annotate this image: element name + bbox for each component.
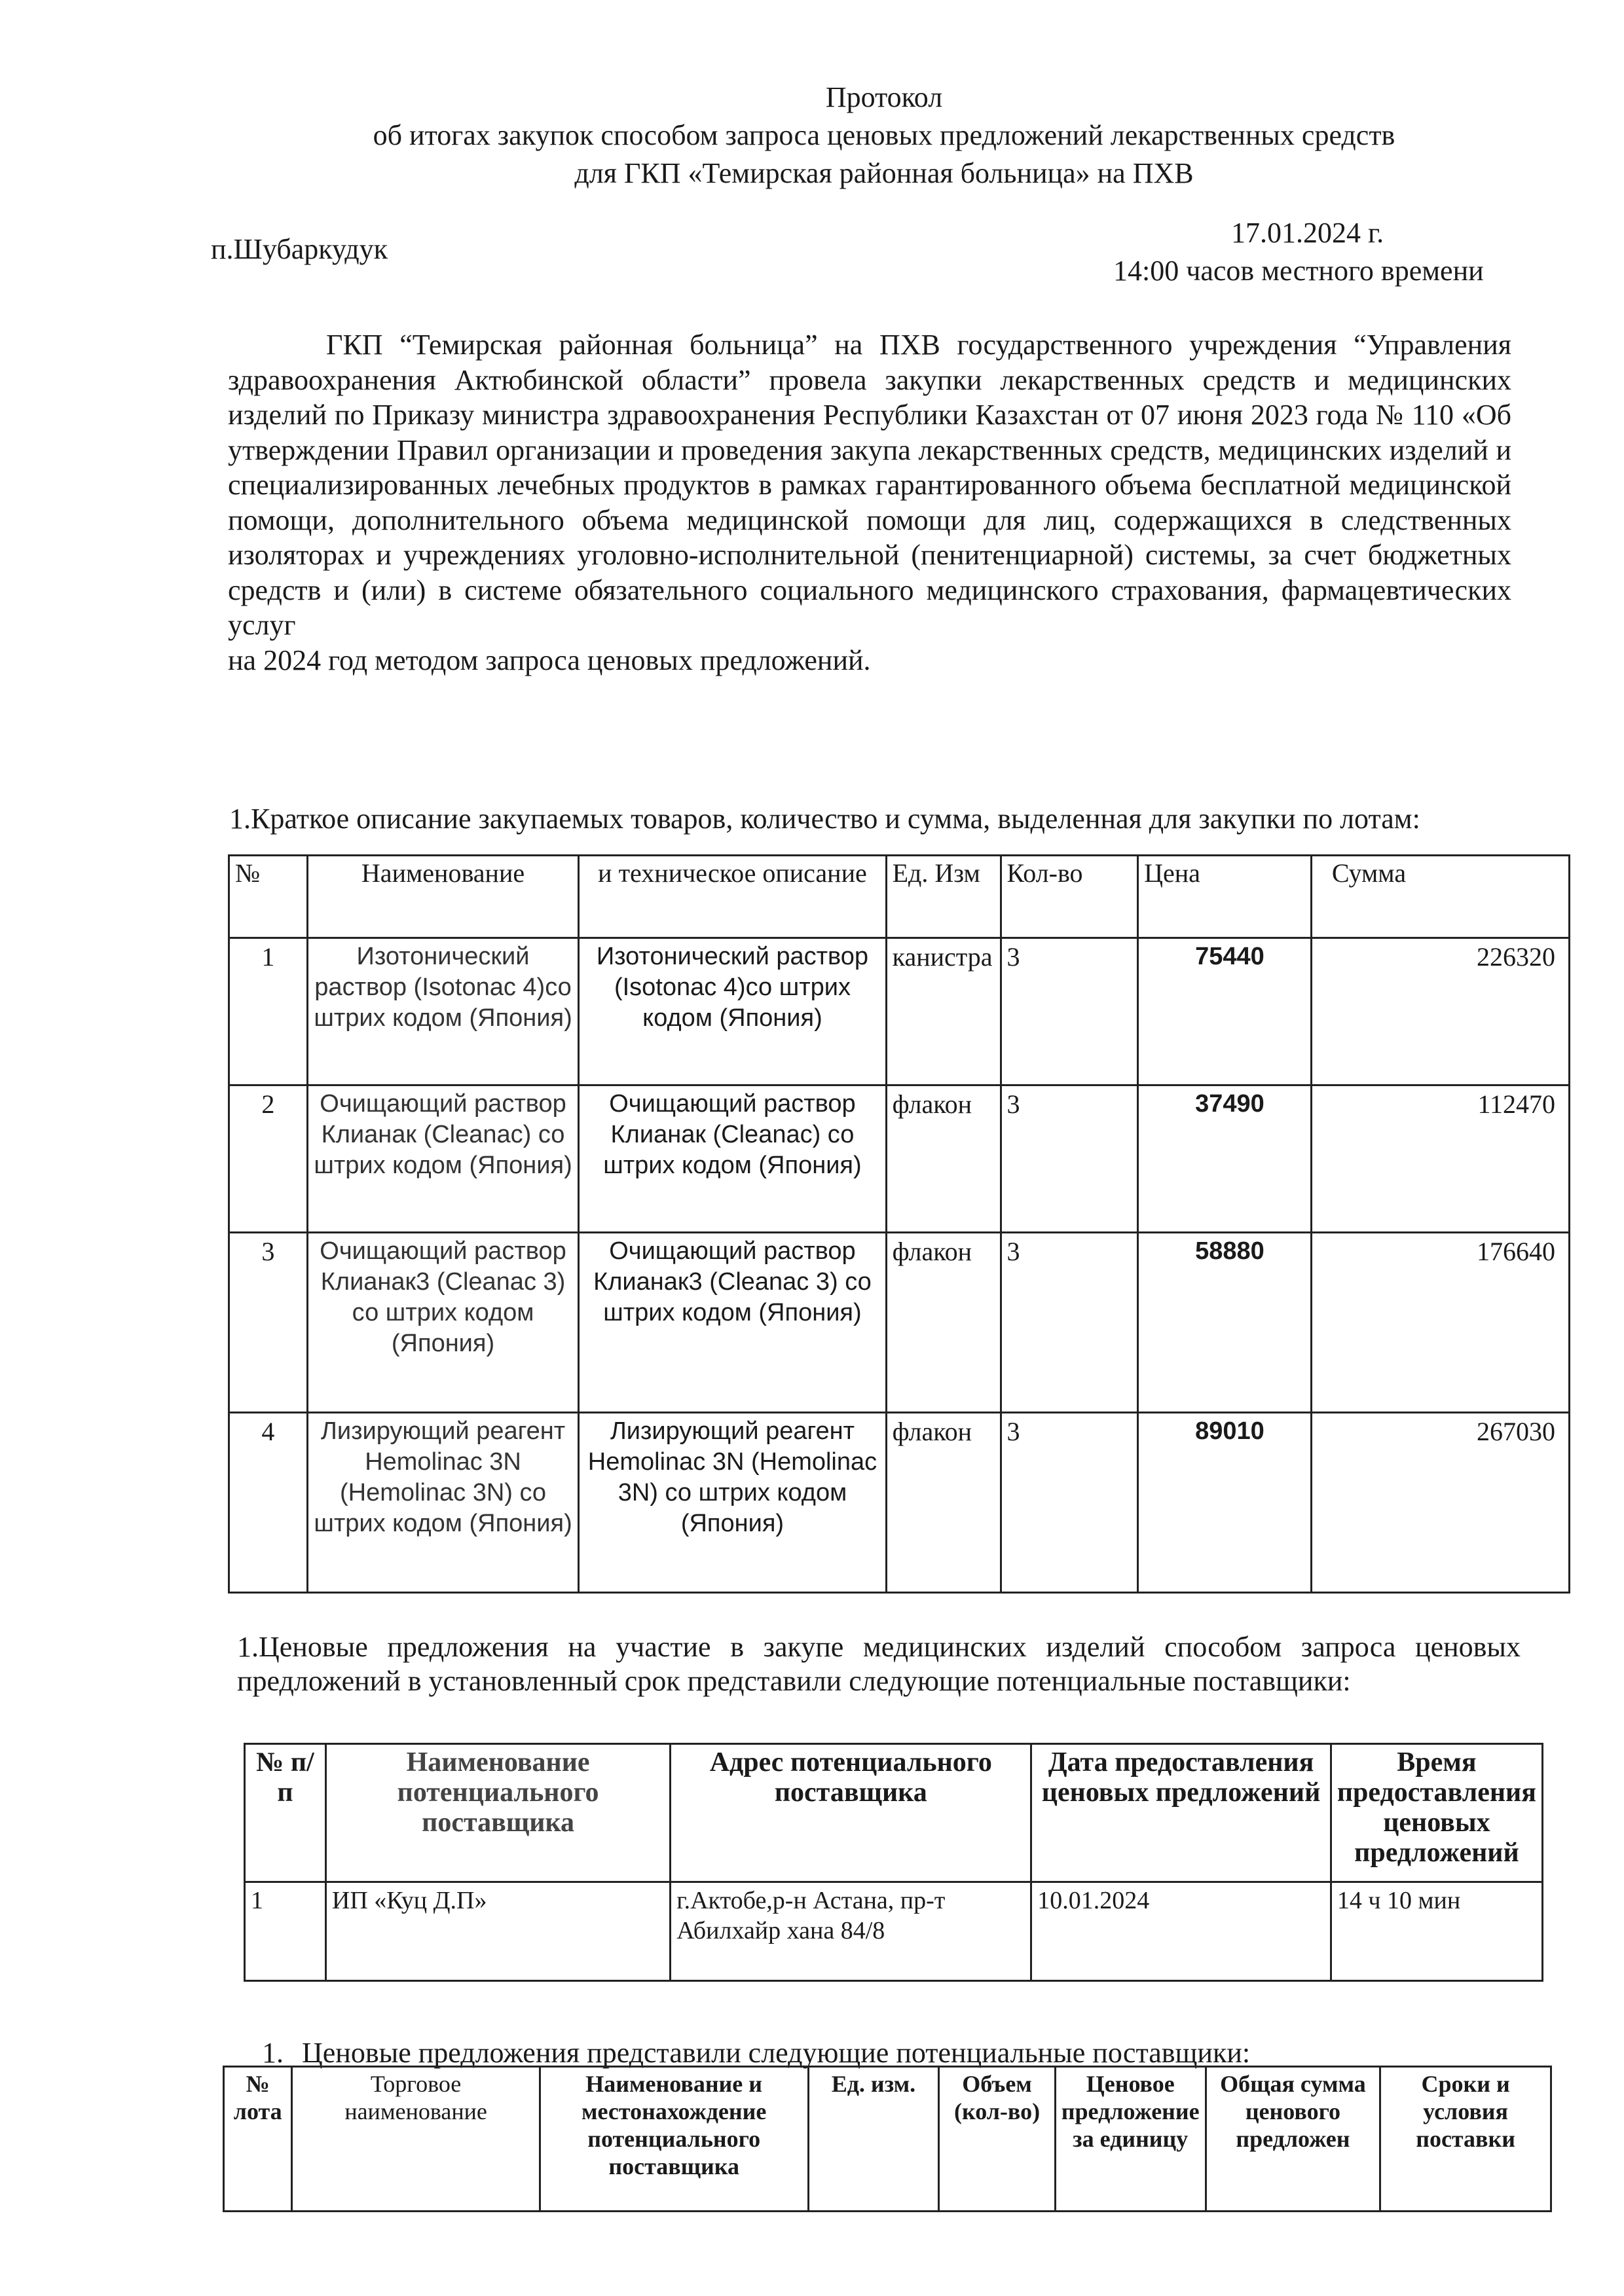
lots-table-header: № Наименование и техническое описание Ед… <box>229 856 1570 938</box>
cell-no: 1 <box>245 1882 326 1981</box>
document-subtitle-line1: об итогах закупок способом запроса ценов… <box>196 117 1572 155</box>
cell-no: 2 <box>229 1085 308 1233</box>
price-offers-table-header: № лота Торговое наименование Наименовани… <box>224 2067 1551 2212</box>
cell-sum: 226320 <box>1311 938 1569 1085</box>
table-row: 2 Очищающий раствор Клианак (Cleanac) со… <box>229 1085 1570 1233</box>
time-label: 14:00 часов местного времени <box>1113 254 1484 287</box>
document-header: Протокол об итогах закупок способом запр… <box>196 79 1572 192</box>
table-row: 4 Лизирующий реагент Hemolinac 3N (Hemol… <box>229 1413 1570 1593</box>
section3-heading: 1. Ценовые предложения представили следу… <box>262 2036 1250 2069</box>
lots-table: № Наименование и техническое описание Ед… <box>228 854 1570 1594</box>
col-volume: Объем (кол-во) <box>939 2067 1056 2212</box>
place-label: п.Шубаркудук <box>211 232 388 266</box>
cell-unit: канистра <box>886 938 1001 1085</box>
col-sum: Сумма <box>1311 856 1569 938</box>
col-submission-time: Время предоставления ценовых предложений <box>1331 1744 1542 1882</box>
cell-price: 58880 <box>1138 1233 1312 1413</box>
col-trade-name: Торговое наименование <box>292 2067 540 2212</box>
col-supplier-address: Адрес потенциального поставщика <box>671 1744 1031 1882</box>
col-no: № п/п <box>245 1744 326 1882</box>
col-supplier-name: Наименование потенциального поставщика <box>325 1744 670 1882</box>
cell-unit: флакон <box>886 1085 1001 1233</box>
cell-name: Очищающий раствор Клианак3 (Cleanac 3) с… <box>307 1233 579 1413</box>
cell-description: Очищающий раствор Клианак3 (Cleanac 3) с… <box>579 1233 886 1413</box>
cell-name: Очищающий раствор Клианак (Cleanac) со ш… <box>307 1085 579 1233</box>
intro-text: ГКП “Темирская районная больница” на ПХВ… <box>228 329 1511 641</box>
cell-description: Лизирующий реагент Hemolinac 3N (Hemolin… <box>579 1413 886 1593</box>
cell-qty: 3 <box>1001 1085 1138 1233</box>
cell-name: Изотонический раствор (Isotonac 4)со штр… <box>307 938 579 1085</box>
cell-sum: 176640 <box>1311 1233 1569 1413</box>
table-row: 1 Изотонический раствор (Isotonac 4)со ш… <box>229 938 1570 1085</box>
col-delivery-terms: Сроки и условия поставки <box>1380 2067 1551 2212</box>
cell-qty: 3 <box>1001 1413 1138 1593</box>
col-price: Цена <box>1138 856 1312 938</box>
section2-heading: 1.Ценовые предложения на участие в закуп… <box>237 1630 1521 1698</box>
suppliers-table: № п/п Наименование потенциального постав… <box>244 1743 1543 1982</box>
col-description: и техническое описание <box>579 856 886 938</box>
table-row: 1 ИП «Куц Д.П» г.Актобе,р-н Астана, пр-т… <box>245 1882 1543 1981</box>
cell-name: Лизирующий реагент Hemolinac 3N (Hemolin… <box>307 1413 579 1593</box>
cell-unit: флакон <box>886 1413 1001 1593</box>
cell-submission-time: 14 ч 10 мин <box>1331 1882 1542 1981</box>
cell-unit: флакон <box>886 1233 1001 1413</box>
col-unit-price: Ценовое предложение за единицу <box>1055 2067 1206 2212</box>
section3-text: Ценовые предложения представили следующи… <box>302 2037 1250 2069</box>
col-lot-no: № лота <box>224 2067 292 2212</box>
section1-heading: 1.Краткое описание закупаемых товаров, к… <box>229 802 1513 836</box>
cell-no: 4 <box>229 1413 308 1593</box>
date-label: 17.01.2024 г. <box>1231 216 1384 249</box>
suppliers-table-header: № п/п Наименование потенциального постав… <box>245 1744 1543 1882</box>
col-supplier-name-location: Наименование и местонахождение потенциал… <box>540 2067 808 2212</box>
cell-no: 1 <box>229 938 308 1085</box>
cell-price: 37490 <box>1138 1085 1312 1233</box>
table-row: 3 Очищающий раствор Клианак3 (Cleanac 3)… <box>229 1233 1570 1413</box>
document-title: Протокол <box>196 79 1572 117</box>
intro-paragraph: ГКП “Темирская районная больница” на ПХВ… <box>228 327 1511 678</box>
cell-supplier-address: г.Актобе,р-н Астана, пр-т Абилхайр хана … <box>671 1882 1031 1981</box>
cell-qty: 3 <box>1001 938 1138 1085</box>
col-name: Наименование <box>307 856 579 938</box>
col-submission-date: Дата предоставления ценовых предложений <box>1031 1744 1331 1882</box>
col-unit: Ед. Изм <box>886 856 1001 938</box>
col-qty: Кол-во <box>1001 856 1138 938</box>
cell-no: 3 <box>229 1233 308 1413</box>
document-page: Протокол об итогах закупок способом запр… <box>0 0 1624 2296</box>
cell-price: 89010 <box>1138 1413 1312 1593</box>
document-subtitle-line2: для ГКП «Темирская районная больница» на… <box>196 155 1572 192</box>
cell-description: Очищающий раствор Клианак (Cleanac) со ш… <box>579 1085 886 1233</box>
col-total-sum: Общая сумма ценового предложен <box>1206 2067 1380 2212</box>
cell-submission-date: 10.01.2024 <box>1031 1882 1331 1981</box>
cell-sum: 112470 <box>1311 1085 1569 1233</box>
cell-supplier-name: ИП «Куц Д.П» <box>325 1882 670 1981</box>
section3-number: 1. <box>262 2036 295 2069</box>
cell-price: 75440 <box>1138 938 1312 1085</box>
col-unit: Ед. изм. <box>808 2067 939 2212</box>
col-no: № <box>229 856 308 938</box>
intro-last-line: на 2024 год методом запроса ценовых пред… <box>228 643 1511 678</box>
cell-qty: 3 <box>1001 1233 1138 1413</box>
price-offers-table: № лота Торговое наименование Наименовани… <box>223 2066 1552 2212</box>
cell-sum: 267030 <box>1311 1413 1569 1593</box>
cell-description: Изотонический раствор (Isotonac 4)со штр… <box>579 938 886 1085</box>
